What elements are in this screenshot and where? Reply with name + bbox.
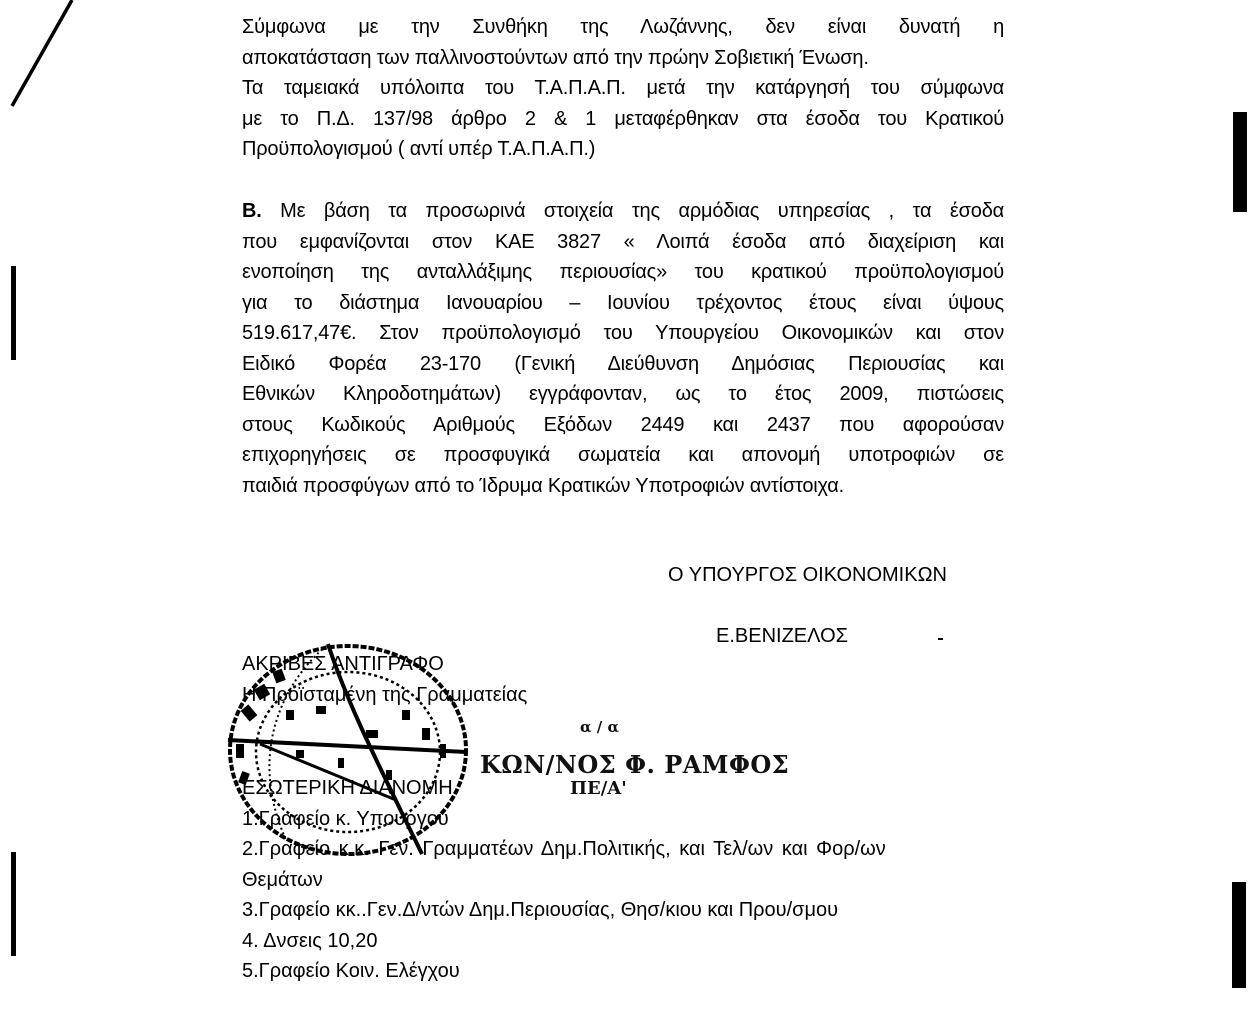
paragraph-b: Β. Με βάση τα προσωρινά στοιχεία της αρμ… [242, 196, 1004, 501]
distribution-item: 3.Γραφείο κκ..Γεν.Δ/ντών Δημ.Περιουσίας,… [242, 895, 886, 926]
paragraph-b-line: που εμφανίζονται στον ΚΑΕ 3827 « Λοιπά έ… [242, 227, 1004, 258]
signatory-name: Ε.ΒΕΝΙΖΕΛΟΣ [716, 624, 848, 648]
distribution-item: Θεμάτων [242, 865, 886, 896]
scanned-document-page: Σύμφωνα με την Συνθήκη της Λωζάννης, δεν… [0, 0, 1257, 1016]
stray-dash-mark [938, 638, 943, 640]
paragraph-a: Σύμφωνα με την Συνθήκη της Λωζάννης, δεν… [242, 12, 1004, 165]
paragraph-b-line: Β. Με βάση τα προσωρινά στοιχεία της αρμ… [242, 196, 1004, 227]
scan-right-edge-mark-bottom [1232, 882, 1246, 988]
distribution-heading: ΕΣΩΤΕΡΙΚΗ ΔΙΑΝΟΜΗ [242, 773, 886, 804]
paragraph-b-line: 519.617,47€. Στον προϋπολογισμό του Υπου… [242, 318, 1004, 349]
paragraph-a-line: αποκατάσταση των παλλινοστούντων από την… [242, 43, 1004, 74]
scan-margin-slash-mark [0, 0, 90, 120]
paragraph-b-line: ενοποίηση της ανταλλάξιμης περιουσίας» τ… [242, 257, 1004, 288]
paragraph-b-line: Ειδικό Φορέα 23-170 (Γενική Διεύθυνση Δη… [242, 349, 1004, 380]
paragraph-a-line: Τα ταμειακά υπόλοιπα του Τ.Α.Π.Α.Π. μετά… [242, 73, 1004, 104]
paragraph-a-line: Σύμφωνα με την Συνθήκη της Λωζάννης, δεν… [242, 12, 1004, 43]
distribution-item: 4. Δνσεις 10,20 [242, 926, 886, 957]
scan-left-edge-mark-bottom [11, 852, 16, 956]
scan-right-edge-mark-top [1233, 112, 1247, 212]
paragraph-a-line: με το Π.Δ. 137/98 άρθρο 2 & 1 μεταφέρθηκ… [242, 104, 1004, 135]
scan-left-edge-mark-top [11, 266, 16, 360]
paragraph-b-line: παιδιά προσφύγων από το Ίδρυμα Κρατικών … [242, 471, 1004, 502]
paragraph-b-line: Εθνικών Κληροδοτημάτων) εγγράφονταν, ως … [242, 379, 1004, 410]
seal-initials: α / α [580, 718, 619, 736]
signatory-title: Ο ΥΠΟΥΡΓΟΣ ΟΙΚΟΝΟΜΙΚΩΝ [668, 563, 947, 587]
distribution-item: 1.Γραφείο κ. Υπουργού [242, 804, 886, 835]
paragraph-b-label: Β. [242, 200, 262, 222]
internal-distribution: ΕΣΩΤΕΡΙΚΗ ΔΙΑΝΟΜΗ 1.Γραφείο κ. Υπουργού … [242, 773, 886, 987]
paragraph-a-line: Προϋπολογισμού ( αντί υπέρ Τ.Α.Π.Α.Π.) [242, 134, 1004, 165]
paragraph-b-line: στους Κωδικούς Αριθμούς Εξόδων 2449 και … [242, 410, 1004, 441]
paragraph-b-line: επιχορηγήσεις σε προσφυγικά σωματεία και… [242, 440, 1004, 471]
distribution-item: 2.Γραφείο κ.κ. Γεν. Γραμματέων Δημ.Πολιτ… [242, 834, 886, 865]
distribution-item: 5.Γραφείο Κοιν. Ελέγχου [242, 956, 886, 987]
paragraph-b-line: για το διάστημα Ιανουαρίου – Ιουνίου τρέ… [242, 288, 1004, 319]
